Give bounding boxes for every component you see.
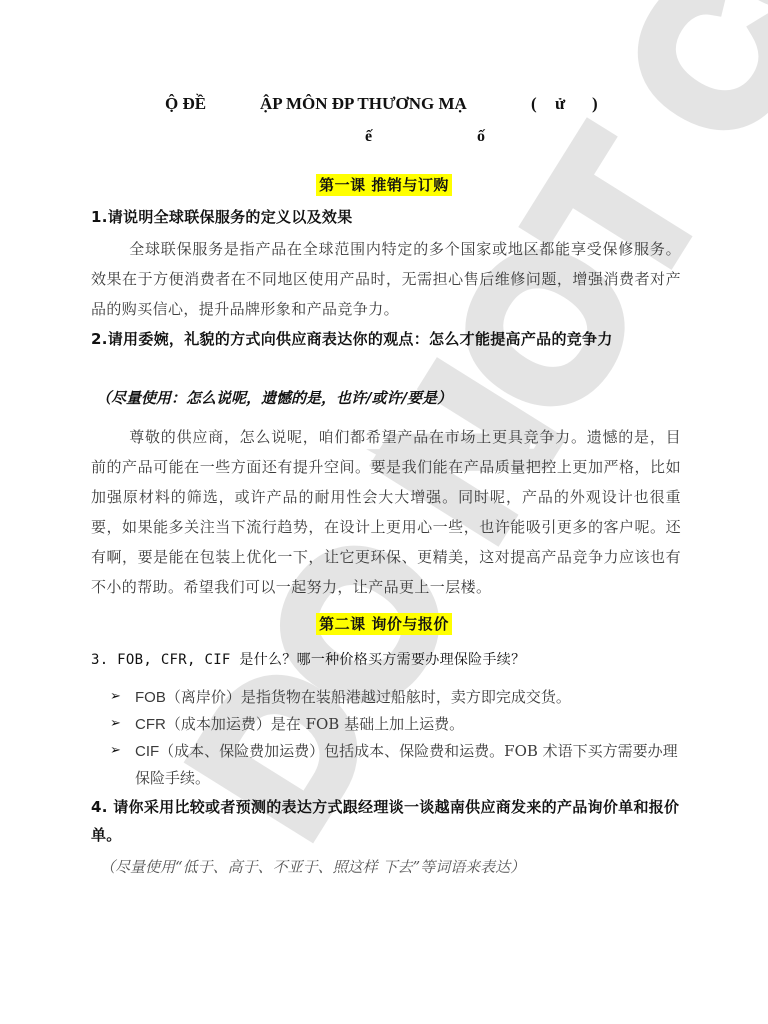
list-item: ➢ CIF（成本、保险费加运费）包括成本、保险费和运费。FOB 术语下买方需要办… [110, 738, 685, 791]
lesson-heading-2: 第二课 询价与报价 [0, 613, 768, 634]
title-part: ử [555, 94, 565, 114]
lesson-heading-1: 第一课 推销与订购 [0, 174, 768, 195]
arrow-bullet-icon: ➢ [110, 711, 121, 737]
list-item: ➢ FOB（离岸价）是指货物在装船港越过船舷时，卖方即完成交货。 [110, 684, 685, 711]
question-2: 2.请用委婉，礼貌的方式向供应商表达你的观点：怎么才能提高产品的竞争力 [91, 325, 691, 353]
term-description: （离岸价）是指货物在装船港越过船舷时，卖方即完成交货。 [166, 688, 571, 706]
title-part: Ộ ĐỀ [165, 94, 206, 114]
answer-1: 全球联保服务是指产品在全球范围内特定的多个国家或地区都能享受保修服务。效果在于方… [91, 234, 681, 324]
subtitle-part: ố [477, 128, 485, 146]
question-3: 3. FOB, CFR, CIF 是什么？哪一种价格买方需要办理保险手续？ [91, 646, 691, 674]
title-part: ) [592, 94, 598, 114]
arrow-bullet-icon: ➢ [110, 738, 121, 764]
arrow-bullet-icon: ➢ [110, 684, 121, 710]
document-title: Ộ ĐỀ ẬP MÔN ĐP THƯƠNG MẠ ( ử ) [0, 94, 768, 118]
question-1: 1.请说明全球联保服务的定义以及效果 [91, 203, 691, 231]
term: CFR [135, 716, 166, 733]
subtitle-part: ế [365, 128, 372, 146]
list-item: ➢ CFR（成本加运费）是在 FOB 基础上加上运费。 [110, 711, 685, 738]
lesson-heading-text: 第二课 询价与报价 [316, 613, 452, 635]
question-4: 4. 请你采用比较或者预测的表达方式跟经理谈一谈越南供应商发来的产品询价单和报价… [91, 793, 691, 849]
term-description: （成本、保险费加运费）包括成本、保险费和运费。FOB 术语下买方需要办理保险手续… [135, 742, 678, 787]
hint-4: （尽量使用“低于、高于、不亚于、照这样 下去”等词语来表达） [100, 855, 700, 879]
document-subtitle: ế ố [0, 128, 768, 150]
term-description: （成本加运费）是在 FOB 基础上加上运费。 [166, 715, 464, 733]
term: CIF [135, 743, 159, 760]
term: FOB [135, 689, 166, 706]
hint-2: （尽量使用：怎么说呢，遗憾的是，也许/或许/要是） [96, 386, 696, 410]
answer-2: 尊敬的供应商，怎么说呢，咱们都希望产品在市场上更具竞争力。遗憾的是，目前的产品可… [91, 422, 681, 602]
document-page: DO NOT COPY Ộ ĐỀ ẬP MÔN ĐP THƯƠNG MẠ ( ử… [0, 0, 768, 1024]
title-part: ( [531, 94, 537, 114]
incoterms-list: ➢ FOB（离岸价）是指货物在装船港越过船舷时，卖方即完成交货。 ➢ CFR（成… [110, 684, 685, 791]
lesson-heading-text: 第一课 推销与订购 [316, 174, 452, 196]
title-part: ẬP MÔN ĐP THƯƠNG MẠ [260, 94, 467, 114]
